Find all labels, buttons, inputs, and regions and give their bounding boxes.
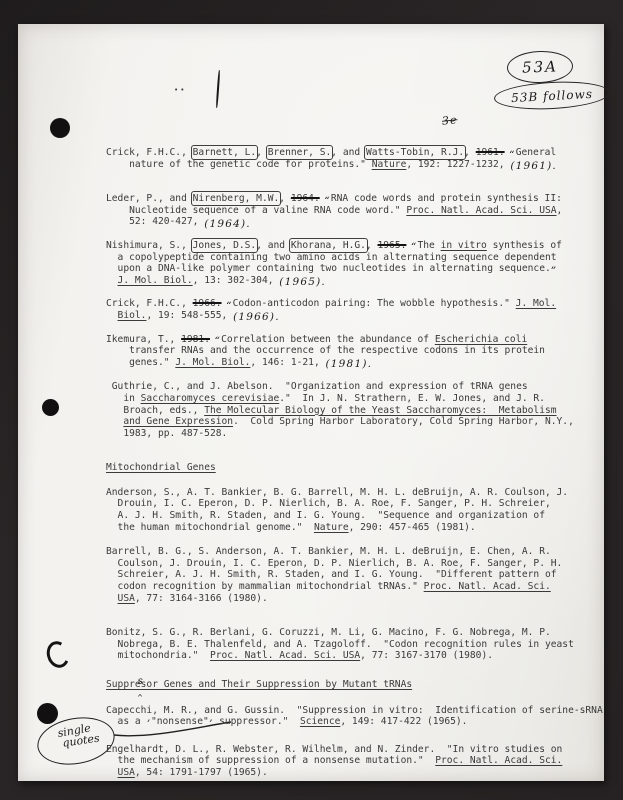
reference-line: mitochondria." Proc. Natl. Acad. Sci. US… — [106, 650, 611, 662]
reference-line: Ikemura, T., 1981. “Correlation between … — [106, 334, 611, 346]
reference-line: 1983, pp. 487-528. — [106, 428, 611, 440]
reference-entry: Capecchi, M. R., and G. Gussin. "Suppres… — [106, 705, 611, 728]
reference-line: genes." J. Mol. Biol., 146: 1-21, (1981)… — [106, 357, 611, 369]
reference-line: codon recognition by mammalian mitochond… — [106, 581, 611, 593]
hole-punch-middle — [42, 399, 59, 416]
reference-line: Crick, F.H.C., 1966. “Codon-anticodon pa… — [106, 298, 611, 310]
section-heading-text: Suppres^sor Genes and Their Suppression … — [106, 679, 412, 690]
reference-line: Biol., 19: 548-555, (1966). — [106, 310, 611, 322]
reference-line: Nobrega, B. E. Thalenfeld, and A. Tzagol… — [106, 639, 611, 651]
reference-entry: Bonitz, S. G., R. Berlani, G. Coruzzi, M… — [106, 627, 611, 662]
reference-entry: Crick, F.H.C., Barnett, L., Brenner, S.,… — [106, 147, 611, 170]
reference-line: 52: 420-427, (1964). — [106, 216, 611, 228]
reference-entry: Barrell, B. G., S. Anderson, A. T. Banki… — [106, 546, 611, 604]
document-page: 53A 53B follows •• 3e single quotes Cric… — [18, 24, 604, 781]
reference-entry: Crick, F.H.C., 1966. “Codon-anticodon pa… — [106, 298, 611, 321]
section-heading-text: Mitochondrial Genes — [106, 462, 216, 473]
reference-line: Crick, F.H.C., Barnett, L., Brenner, S.,… — [106, 147, 611, 159]
reference-line: Nucleotide sequence of a valine RNA code… — [106, 205, 611, 217]
reference-line: transfer RNAs and the occurrence of the … — [106, 345, 611, 357]
reference-line: USA, 54: 1791-1797 (1965). — [106, 767, 611, 779]
reference-line: the mechanism of suppression of a nonsen… — [106, 755, 611, 767]
hole-punch-bottom — [37, 703, 58, 724]
reference-entry: Anderson, S., A. T. Bankier, B. G. Barre… — [106, 487, 611, 533]
reference-line: Coulson, J. Drouin, I. C. Eperon, D. P. … — [106, 558, 611, 570]
reference-line: Engelhardt, D. L., R. Webster, R. Wilhel… — [106, 744, 611, 756]
reference-line: the human mitochondrial genome." Nature,… — [106, 522, 611, 534]
reference-line: Bonitz, S. G., R. Berlani, G. Coruzzi, M… — [106, 627, 611, 639]
reference-line: Capecchi, M. R., and G. Gussin. "Suppres… — [106, 705, 611, 717]
reference-entry: Leder, P., and Nirenberg, M.W., 1964. “R… — [106, 193, 611, 228]
reference-entry: Engelhardt, D. L., R. Webster, R. Wilhel… — [106, 744, 611, 779]
reference-line: Nishimura, S., Jones, D.S., and Khorana,… — [106, 240, 611, 252]
reference-line: as a ʼ"nonsense"ʼ suppressor." Science, … — [106, 716, 611, 728]
section-heading: Mitochondrial Genes — [106, 462, 611, 474]
reference-line: Drouin, I. C. Eperon, D. P. Nierlich, B.… — [106, 498, 611, 510]
page-number-annotation: 53A — [506, 50, 573, 84]
crescent-pen-mark — [43, 638, 72, 670]
reference-list: Crick, F.H.C., Barnett, L., Brenner, S.,… — [106, 147, 611, 779]
reference-line: Leder, P., and Nirenberg, M.W., 1964. “R… — [106, 193, 611, 205]
hole-punch-top — [50, 118, 70, 138]
next-page-annotation: 53B follows — [493, 79, 610, 112]
section-heading: Suppres^sor Genes and Their Suppression … — [106, 679, 611, 691]
reference-line: A. J. H. Smith, R. Staden, and I. G. You… — [106, 510, 611, 522]
reference-entry: Nishimura, S., Jones, D.S., and Khorana,… — [106, 240, 611, 286]
reference-line: J. Mol. Biol., 13: 302-304, (1965). — [106, 275, 611, 287]
stray-pen-mark: 3e — [441, 113, 458, 128]
reference-line: USA, 77: 3164-3166 (1980). — [106, 593, 611, 605]
reference-entry: Guthrie, C., and J. Abelson. "Organizati… — [106, 381, 611, 439]
reference-line: in Saccharomyces cerevisiae." In J. N. S… — [106, 393, 611, 405]
reference-line: Guthrie, C., and J. Abelson. "Organizati… — [106, 381, 611, 393]
reference-line: Broach, eds., The Molecular Biology of t… — [106, 405, 611, 417]
ink-dots-mark: •• — [174, 86, 186, 94]
reference-line: a copolypeptide containing two amino aci… — [106, 252, 611, 264]
reference-line: and Gene Expression. Cold Spring Harbor … — [106, 416, 611, 428]
pen-stroke-mark — [216, 70, 221, 108]
reference-line: upon a DNA-like polymer containing two n… — [106, 263, 611, 275]
reference-line: Barrell, B. G., S. Anderson, A. T. Banki… — [106, 546, 611, 558]
reference-entry: Ikemura, T., 1981. “Correlation between … — [106, 334, 611, 369]
reference-line: nature of the genetic code for proteins.… — [106, 159, 611, 171]
reference-line: Schreier, A. J. H. Smith, R. Staden, and… — [106, 569, 611, 581]
photo-backdrop: 53A 53B follows •• 3e single quotes Cric… — [0, 0, 623, 800]
reference-line: Anderson, S., A. T. Bankier, B. G. Barre… — [106, 487, 611, 499]
